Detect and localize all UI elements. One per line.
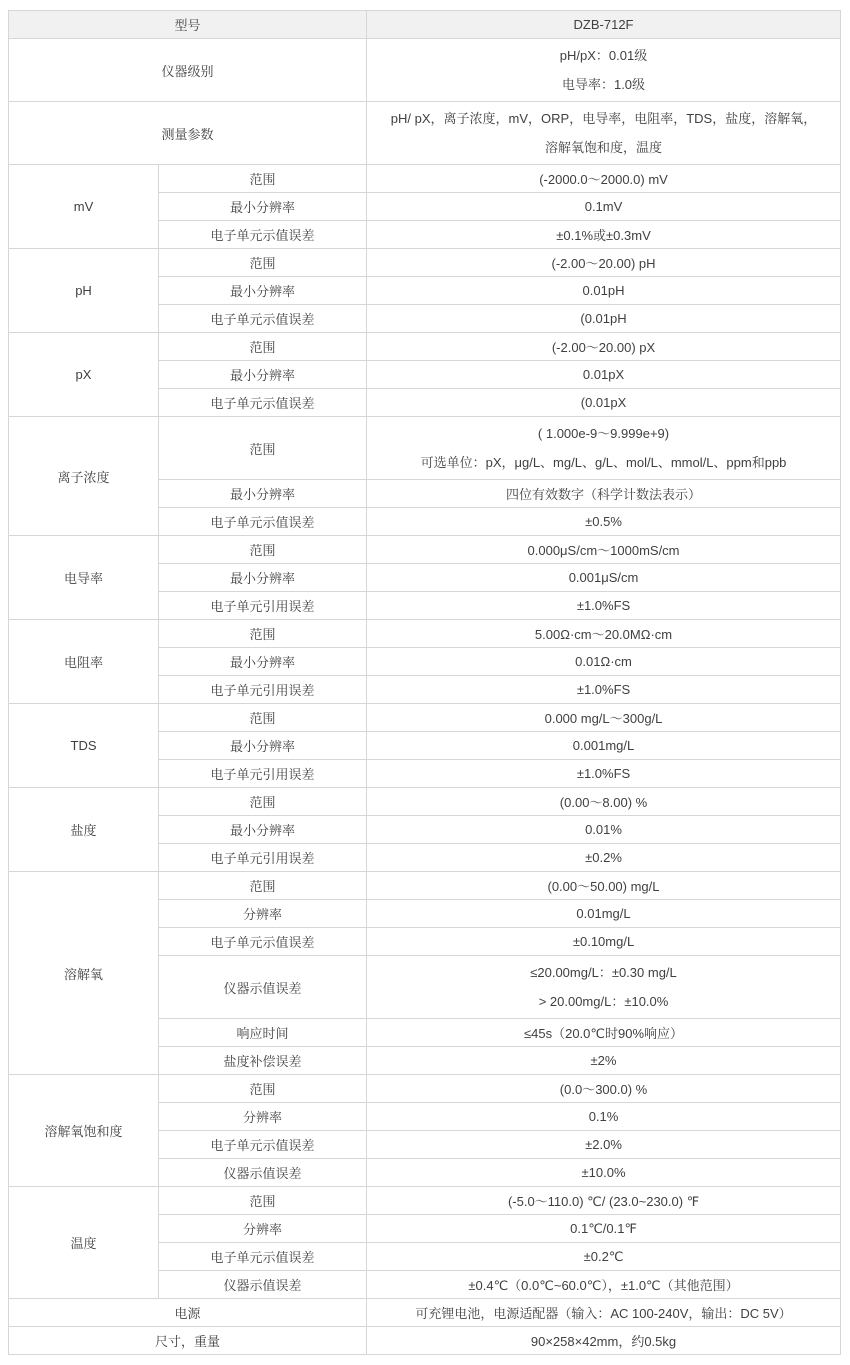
spec-value-cell: (-2000.0～2000.0) mV xyxy=(367,165,841,193)
spec-attr-cell: 最小分辨率 xyxy=(159,277,367,305)
spec-value-cell: ( 1.000e-9～9.999e+9)可选单位：pX，μg/L、mg/L、g/… xyxy=(367,417,841,480)
spec-value-cell: ±2% xyxy=(367,1047,841,1075)
spec-value-line: pH/ pX，离子浓度，mV，ORP，电导率，电阻率，TDS，盐度，溶解氧， xyxy=(375,104,832,133)
spec-attr-cell: 仪器示值误差 xyxy=(159,956,367,1019)
spec-value-cell: (-2.00～20.00) pX xyxy=(367,333,841,361)
spec-attr-cell: 分辨率 xyxy=(159,1103,367,1131)
spec-row-label: 电源 xyxy=(9,1299,367,1327)
spec-value-cell: 可充锂电池，电源适配器（输入：AC 100-240V，输出：DC 5V） xyxy=(367,1299,841,1327)
spec-value-line: ≤20.00mg/L：±0.30 mg/L xyxy=(375,958,832,987)
spec-value-cell: 0.01pX xyxy=(367,361,841,389)
spec-value-cell: ±0.4℃（0.0℃~60.0℃），±1.0℃（其他范围） xyxy=(367,1271,841,1299)
spec-value-cell: ≤45s（20.0℃时90%响应） xyxy=(367,1019,841,1047)
spec-value-cell: (-2.00～20.00) pH xyxy=(367,249,841,277)
spec-value-cell: (0.01pX xyxy=(367,389,841,417)
spec-attr-cell: 范围 xyxy=(159,1075,367,1103)
spec-group-label: TDS xyxy=(9,704,159,788)
spec-value-cell: ±1.0%FS xyxy=(367,676,841,704)
spec-row-label: 尺寸，重量 xyxy=(9,1327,367,1355)
spec-group-label: pX xyxy=(9,333,159,417)
spec-attr-cell: 最小分辨率 xyxy=(159,732,367,760)
spec-value-cell: 0.000 mg/L～300g/L xyxy=(367,704,841,732)
spec-value-cell: 0.01pH xyxy=(367,277,841,305)
spec-attr-cell: 电子单元引用误差 xyxy=(159,592,367,620)
model-header-label: 型号 xyxy=(9,11,367,39)
spec-attr-cell: 响应时间 xyxy=(159,1019,367,1047)
spec-value-line: > 20.00mg/L：±10.0% xyxy=(375,987,832,1016)
spec-table-body: 型号 DZB-712F 仪器级别pH/pX：0.01级电导率：1.0级测量参数p… xyxy=(9,11,841,1355)
spec-attr-cell: 范围 xyxy=(159,536,367,564)
spec-value-cell: 0.1mV xyxy=(367,193,841,221)
spec-attr-cell: 电子单元示值误差 xyxy=(159,928,367,956)
spec-page: 型号 DZB-712F 仪器级别pH/pX：0.01级电导率：1.0级测量参数p… xyxy=(0,0,850,1365)
spec-attr-cell: 分辨率 xyxy=(159,1215,367,1243)
spec-value-cell: ±2.0% xyxy=(367,1131,841,1159)
spec-value-cell: pH/ pX，离子浓度，mV，ORP，电导率，电阻率，TDS，盐度，溶解氧，溶解… xyxy=(367,102,841,165)
table-row: 溶解氧饱和度范围(0.0～300.0) % xyxy=(9,1075,841,1103)
spec-attr-cell: 仪器示值误差 xyxy=(159,1271,367,1299)
spec-attr-cell: 范围 xyxy=(159,704,367,732)
spec-value-cell: ±0.1%或±0.3mV xyxy=(367,221,841,249)
table-row: 电阻率范围5.00Ω·cm～20.0MΩ·cm xyxy=(9,620,841,648)
table-row: 盐度范围(0.00～8.00) % xyxy=(9,788,841,816)
spec-value-cell: 四位有效数字（科学计数法表示） xyxy=(367,480,841,508)
spec-value-cell: (0.00～50.00) mg/L xyxy=(367,872,841,900)
table-row: 温度范围(-5.0～110.0) ℃/ (23.0~230.0) ℉ xyxy=(9,1187,841,1215)
spec-value-cell: ±0.10mg/L xyxy=(367,928,841,956)
spec-value-cell: 0.001mg/L xyxy=(367,732,841,760)
spec-attr-cell: 电子单元引用误差 xyxy=(159,676,367,704)
spec-attr-cell: 最小分辨率 xyxy=(159,816,367,844)
table-row: 电源可充锂电池，电源适配器（输入：AC 100-240V，输出：DC 5V） xyxy=(9,1299,841,1327)
spec-attr-cell: 范围 xyxy=(159,788,367,816)
table-row: 尺寸，重量90×258×42mm，约0.5kg xyxy=(9,1327,841,1355)
spec-value-cell: ±10.0% xyxy=(367,1159,841,1187)
table-row: 离子浓度范围( 1.000e-9～9.999e+9)可选单位：pX，μg/L、m… xyxy=(9,417,841,480)
spec-attr-cell: 电子单元示值误差 xyxy=(159,221,367,249)
spec-group-label: mV xyxy=(9,165,159,249)
spec-group-label: 电阻率 xyxy=(9,620,159,704)
spec-value-cell: ±0.2% xyxy=(367,844,841,872)
spec-group-label: 溶解氧饱和度 xyxy=(9,1075,159,1187)
spec-attr-cell: 范围 xyxy=(159,333,367,361)
spec-value-cell: (0.00～8.00) % xyxy=(367,788,841,816)
spec-attr-cell: 最小分辨率 xyxy=(159,193,367,221)
spec-attr-cell: 电子单元示值误差 xyxy=(159,389,367,417)
spec-row-label: 仪器级别 xyxy=(9,39,367,102)
spec-value-line: 可选单位：pX，μg/L、mg/L、g/L、mol/L、mmol/L、ppm和p… xyxy=(375,448,832,477)
spec-attr-cell: 盐度补偿误差 xyxy=(159,1047,367,1075)
spec-value-cell: 0.01% xyxy=(367,816,841,844)
spec-value-cell: 0.01mg/L xyxy=(367,900,841,928)
spec-group-label: 溶解氧 xyxy=(9,872,159,1075)
spec-attr-cell: 仪器示值误差 xyxy=(159,1159,367,1187)
spec-value-cell: 0.000μS/cm～1000mS/cm xyxy=(367,536,841,564)
spec-value-line: pH/pX：0.01级 xyxy=(375,41,832,70)
spec-value-cell: pH/pX：0.01级电导率：1.0级 xyxy=(367,39,841,102)
spec-attr-cell: 范围 xyxy=(159,620,367,648)
spec-attr-cell: 电子单元示值误差 xyxy=(159,1243,367,1271)
spec-attr-cell: 电子单元示值误差 xyxy=(159,508,367,536)
spec-value-cell: 0.01Ω·cm xyxy=(367,648,841,676)
spec-value-cell: ±1.0%FS xyxy=(367,760,841,788)
spec-attr-cell: 最小分辨率 xyxy=(159,564,367,592)
spec-table: 型号 DZB-712F 仪器级别pH/pX：0.01级电导率：1.0级测量参数p… xyxy=(8,10,841,1355)
spec-group-label: 电导率 xyxy=(9,536,159,620)
spec-value-cell: (0.0～300.0) % xyxy=(367,1075,841,1103)
spec-attr-cell: 分辨率 xyxy=(159,900,367,928)
spec-value-cell: ±0.2℃ xyxy=(367,1243,841,1271)
spec-row-label: 测量参数 xyxy=(9,102,367,165)
spec-attr-cell: 范围 xyxy=(159,249,367,277)
table-row: mV范围(-2000.0～2000.0) mV xyxy=(9,165,841,193)
spec-value-cell: (0.01pH xyxy=(367,305,841,333)
table-row: 仪器级别pH/pX：0.01级电导率：1.0级 xyxy=(9,39,841,102)
spec-value-cell: 90×258×42mm，约0.5kg xyxy=(367,1327,841,1355)
spec-value-cell: ≤20.00mg/L：±0.30 mg/L> 20.00mg/L：±10.0% xyxy=(367,956,841,1019)
spec-value-line: ( 1.000e-9～9.999e+9) xyxy=(375,419,832,448)
spec-value-line: 溶解氧饱和度，温度 xyxy=(375,133,832,162)
spec-group-label: 盐度 xyxy=(9,788,159,872)
spec-attr-cell: 范围 xyxy=(159,165,367,193)
spec-value-cell: 0.1% xyxy=(367,1103,841,1131)
spec-group-label: 离子浓度 xyxy=(9,417,159,536)
spec-group-label: 温度 xyxy=(9,1187,159,1299)
spec-attr-cell: 电子单元引用误差 xyxy=(159,844,367,872)
spec-attr-cell: 电子单元示值误差 xyxy=(159,305,367,333)
spec-group-label: pH xyxy=(9,249,159,333)
spec-attr-cell: 最小分辨率 xyxy=(159,361,367,389)
spec-attr-cell: 最小分辨率 xyxy=(159,480,367,508)
table-row: 测量参数pH/ pX，离子浓度，mV，ORP，电导率，电阻率，TDS，盐度，溶解… xyxy=(9,102,841,165)
table-row: pX范围(-2.00～20.00) pX xyxy=(9,333,841,361)
table-row: TDS范围0.000 mg/L～300g/L xyxy=(9,704,841,732)
spec-value-cell: 0.001μS/cm xyxy=(367,564,841,592)
table-header-row: 型号 DZB-712F xyxy=(9,11,841,39)
spec-value-line: 电导率：1.0级 xyxy=(375,70,832,99)
spec-attr-cell: 最小分辨率 xyxy=(159,648,367,676)
spec-value-cell: 5.00Ω·cm～20.0MΩ·cm xyxy=(367,620,841,648)
spec-attr-cell: 范围 xyxy=(159,417,367,480)
spec-attr-cell: 范围 xyxy=(159,872,367,900)
spec-value-cell: (-5.0～110.0) ℃/ (23.0~230.0) ℉ xyxy=(367,1187,841,1215)
table-row: 溶解氧范围(0.00～50.00) mg/L xyxy=(9,872,841,900)
spec-attr-cell: 范围 xyxy=(159,1187,367,1215)
spec-value-cell: ±1.0%FS xyxy=(367,592,841,620)
table-row: pH范围(-2.00～20.00) pH xyxy=(9,249,841,277)
model-header-value: DZB-712F xyxy=(367,11,841,39)
spec-value-cell: ±0.5% xyxy=(367,508,841,536)
spec-value-cell: 0.1℃/0.1℉ xyxy=(367,1215,841,1243)
spec-attr-cell: 电子单元引用误差 xyxy=(159,760,367,788)
spec-attr-cell: 电子单元示值误差 xyxy=(159,1131,367,1159)
table-row: 电导率范围0.000μS/cm～1000mS/cm xyxy=(9,536,841,564)
